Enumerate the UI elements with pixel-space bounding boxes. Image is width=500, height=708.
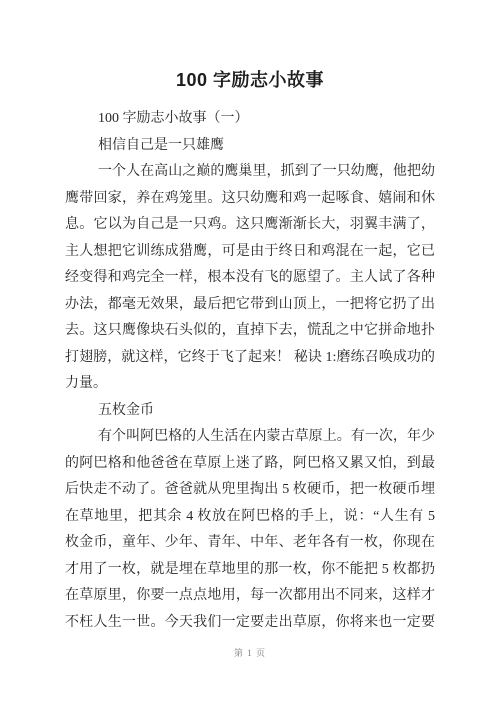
document-page: 100 字励志小故事 100 字励志小故事（一） 相信自己是一只雄鹰 一个人在高…: [0, 0, 500, 708]
paragraph-subtitle-1: 100 字励志小故事（一）: [65, 106, 435, 133]
page-footer: 第 1 页: [0, 643, 500, 661]
document-title: 100 字励志小故事: [65, 66, 435, 94]
paragraph-body-1: 一个人在高山之巅的鹰巢里，抓到了一只幼鹰，他把幼鹰带回家，养在鸡笼里。这只幼鹰和…: [65, 159, 435, 398]
paragraph-subtitle-2: 相信自己是一只雄鹰: [65, 133, 435, 160]
page-number: 第 1 页: [234, 648, 266, 658]
paragraph-subtitle-3: 五枚金币: [65, 398, 435, 425]
paragraph-body-2: 有个叫阿巴格的人生活在内蒙古草原上。有一次，年少的阿巴格和他爸爸在草原上迷了路，…: [65, 424, 435, 637]
document-content: 100 字励志小故事 100 字励志小故事（一） 相信自己是一只雄鹰 一个人在高…: [65, 0, 435, 637]
